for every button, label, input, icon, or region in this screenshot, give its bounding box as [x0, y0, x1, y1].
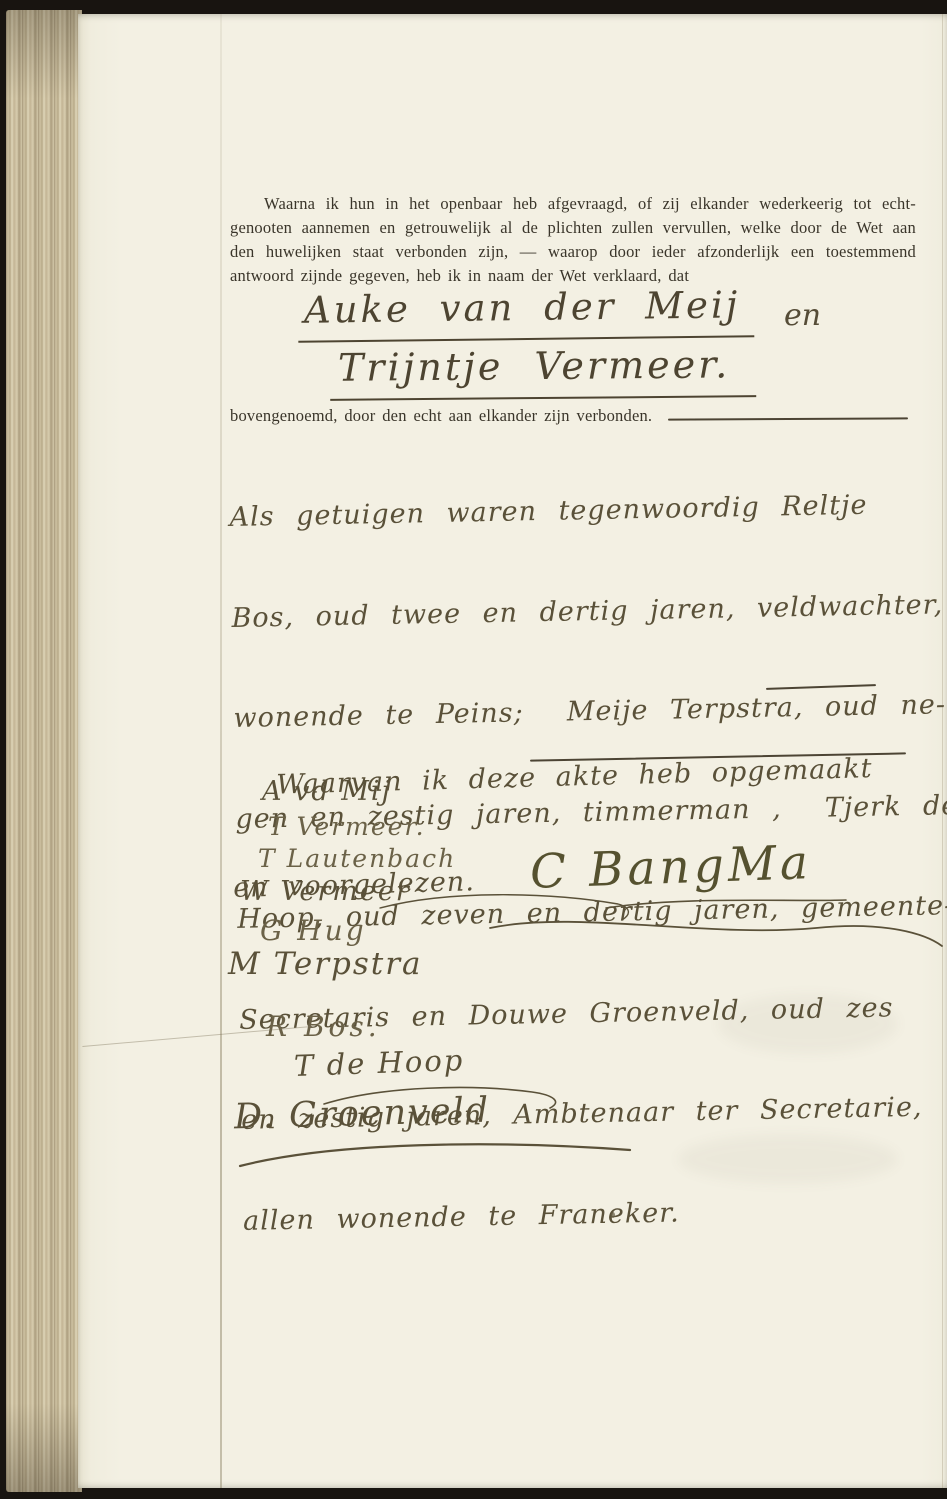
signature-t-de-hoop: T de Hoop — [293, 1043, 464, 1083]
witness-statement-line: Bos, oud twee en dertig jaren, veldwacht… — [231, 588, 932, 635]
witness-statement-line: Als getuigen waren tegenwoordig Reltje — [229, 488, 930, 535]
printed-declaration-line: Waarna ik hun in het openbaar heb afgevr… — [230, 192, 916, 216]
document-page: Waarna ik hun in het openbaar heb afgevr… — [78, 14, 947, 1488]
groom-name-line: Auke van der Meij — [298, 286, 754, 340]
witness-statement-line: allen wonende te Franeker. — [243, 1191, 944, 1238]
book-fore-edge-shade — [6, 10, 82, 1492]
bride-name-handwritten: Trijntje Vermeer. — [330, 342, 757, 401]
signature-flourish-d-groenveld — [234, 1136, 634, 1172]
signature-flourish-c-bangma — [486, 894, 947, 964]
scanned-register-page: Waarna ik hun in het openbaar heb afgevr… — [0, 0, 947, 1499]
printed-declaration-line: antwoord zijnde gegeven, heb ik in naam … — [230, 264, 916, 288]
ink-dot — [611, 1212, 615, 1218]
conjunction-en-handwritten: en — [784, 298, 821, 333]
signature-m-terpstra: M Terpstra — [228, 946, 423, 982]
signature-official-c-bangma: C BangMa — [529, 835, 813, 900]
signature-g-hug: G Hug — [260, 914, 367, 947]
signature-a-vd-mij: A vd Mij — [262, 776, 392, 807]
signature-r-bos: R Bos. — [266, 1010, 381, 1043]
printed-confirmation: bovengenoemd, door den echt aan elkander… — [230, 406, 652, 426]
rule-after-confirmation — [668, 417, 908, 420]
groom-name-handwritten: Auke van der Meij — [298, 283, 755, 343]
printed-declaration: Waarna ik hun in het openbaar heb afgevr… — [230, 192, 916, 288]
bride-name-line: Trijntje Vermeer. — [330, 344, 756, 399]
verso-bleed-through — [718, 994, 898, 1054]
signature-t-vermeer: T Vermeer. — [268, 812, 426, 841]
verso-bleed-through — [678, 1134, 898, 1184]
signature-flourish-t-de-hoop — [322, 1080, 572, 1114]
signature-t-lautenbach: T Lautenbach — [258, 844, 456, 873]
printed-declaration-line: den huwelijken staat verbonden zijn, — w… — [230, 240, 916, 264]
page-crease-line — [220, 14, 222, 1488]
printed-declaration-line: genooten aannemen en getrouwelijk al de … — [230, 216, 916, 240]
